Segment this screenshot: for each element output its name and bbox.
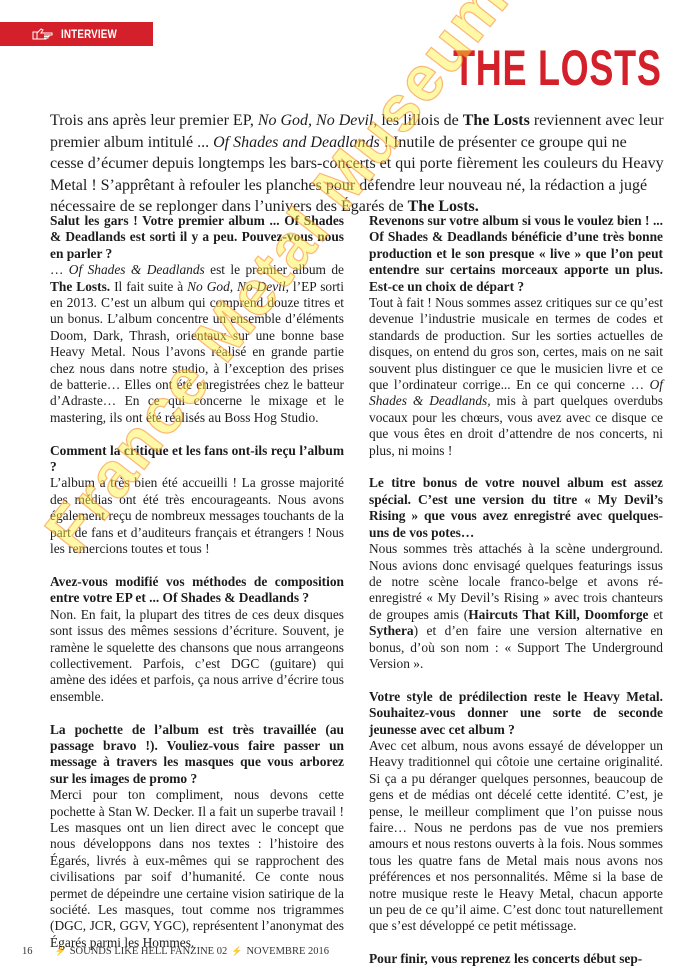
band-name: The Losts bbox=[463, 112, 530, 129]
section-banner: INTERVIEW bbox=[0, 22, 153, 46]
page-footer: 16 ⚡ SOUNDS LIKE HELL FANZINE 02 ⚡ NOVEM… bbox=[22, 946, 329, 957]
answer: Avec cet album, nous avons essayé de dév… bbox=[369, 738, 663, 935]
qa-block: Avez-vous modifié vos méthodes de compos… bbox=[50, 574, 344, 705]
lightning-bolt-icon: ⚡ bbox=[55, 946, 66, 957]
answer: Tout à fait ! Nous sommes assez critique… bbox=[369, 295, 663, 459]
question: Salut les gars ! Votre premier album ...… bbox=[50, 213, 344, 262]
question: La pochette de l’album est très travaill… bbox=[50, 722, 344, 788]
publication-date: NOVEMBRE 2016 bbox=[246, 946, 329, 957]
qa-block: Pour finir, vous reprenez les concerts d… bbox=[369, 951, 663, 967]
answer: Nous sommes très attachés à la scène und… bbox=[369, 541, 663, 672]
qa-block: Votre style de prédilection reste le Hea… bbox=[369, 689, 663, 935]
qa-block: La pochette de l’album est très travaill… bbox=[50, 722, 344, 952]
question: Pour finir, vous reprenez les concerts d… bbox=[369, 951, 663, 967]
question: Comment la critique et les fans ont-ils … bbox=[50, 443, 344, 476]
ep-title: No God, No Devil bbox=[258, 112, 374, 129]
qa-block: Le titre bonus de votre nouvel album est… bbox=[369, 475, 663, 672]
question: Le titre bonus de votre nouvel album est… bbox=[369, 475, 663, 541]
page-number: 16 bbox=[22, 946, 33, 957]
publication-name: SOUNDS LIKE HELL FANZINE 02 bbox=[70, 946, 228, 957]
left-column: Salut les gars ! Votre premier album ...… bbox=[50, 213, 344, 968]
qa-block: Revenons sur votre album si vous le voul… bbox=[369, 213, 663, 459]
question: Avez-vous modifié vos méthodes de compos… bbox=[50, 574, 344, 607]
intro-paragraph: Trois ans après leur premier EP, No God,… bbox=[50, 110, 664, 218]
answer: L’album a très bien été accueilli ! La g… bbox=[50, 475, 344, 557]
album-title: Of Shades and Deadlands bbox=[213, 134, 380, 151]
lightning-bolt-icon: ⚡ bbox=[231, 946, 242, 957]
section-label: INTERVIEW bbox=[61, 27, 117, 41]
article-title: THE LOSTS bbox=[454, 40, 662, 96]
answer: Merci pour ton compliment, nous devons c… bbox=[50, 787, 344, 951]
qa-block: Comment la critique et les fans ont-ils … bbox=[50, 443, 344, 558]
right-column: Revenons sur votre album si vous le voul… bbox=[369, 213, 663, 980]
answer: Non. En fait, la plupart des titres de c… bbox=[50, 607, 344, 705]
pointing-hand-icon bbox=[32, 28, 54, 40]
answer: … Of Shades & Deadlands est le premier a… bbox=[50, 262, 344, 426]
question: Votre style de prédilection reste le Hea… bbox=[369, 689, 663, 738]
qa-block: Salut les gars ! Votre premier album ...… bbox=[50, 213, 344, 426]
question: Revenons sur votre album si vous le voul… bbox=[369, 213, 663, 295]
